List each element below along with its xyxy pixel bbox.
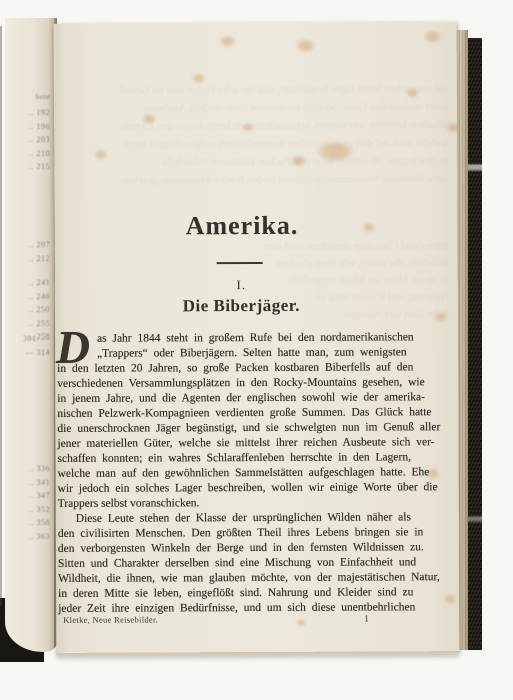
bleedthrough-line: welche man auf den gewöhnlichen Sammelst…: [66, 134, 448, 154]
body-line: welche man auf den gewöhnlichen Sammelst…: [58, 465, 449, 482]
book-cover-edge: [467, 38, 482, 650]
toc-page-number: 301. —: [5, 332, 50, 346]
toc-number-group: .. 207.. 212: [5, 238, 50, 265]
body-line: den verborgensten Winkeln der Berge und …: [58, 540, 449, 557]
toc-number-group: 301. —— 314: [5, 332, 50, 359]
toc-page-number: .. 347: [5, 489, 50, 503]
toc-page-number: .. 203: [5, 133, 50, 147]
body-line: wir jedoch ein solches Lager beschreiben…: [58, 480, 449, 497]
section-divider: [217, 262, 263, 264]
toc-page-number: .. 363: [5, 530, 50, 544]
book-page: die unerschrocknen Jäger begünstigt, und…: [54, 22, 460, 653]
toc-page-number: .. 210: [5, 147, 50, 161]
body-line: in deren Mitte sie leben, eingeflößt sin…: [58, 585, 449, 602]
toc-number-group: .. 192.. 196.. 203.. 210.. 215: [5, 106, 50, 174]
toc-page-number: .. 358: [5, 516, 50, 530]
body-line: „Trappers“ oder Biberjägern. Selten hatt…: [57, 345, 448, 362]
toc-page-number: .. 336: [5, 462, 50, 476]
body-line: in den letzten 20 Jahren, so große Packe…: [57, 360, 448, 377]
bleedthrough-line: in den letzten 20 Jahren, so große Packe…: [66, 152, 448, 172]
toc-seite-label: Seite: [5, 92, 50, 101]
bleedthrough-line: schaffen konnten; ein wahres Schlaraffen…: [66, 116, 448, 136]
foxing-stain: [446, 122, 460, 133]
toc-page-number: .. 215: [5, 160, 50, 174]
bleedthrough-line: verschiedenen Versammlungsplätzen in den…: [66, 170, 448, 190]
bleedthrough-text: die unerschrocknen Jäger begünstigt, und…: [66, 80, 448, 190]
body-line: schaffen konnten; ein wahres Schlaraffen…: [57, 450, 448, 467]
body-line: die unerschrocknen Jäger begünstigt, und…: [57, 420, 448, 437]
toc-page-number: .. 192: [5, 106, 50, 120]
toc-page-number: .. 255: [5, 317, 50, 331]
toc-page-number: .. 196: [5, 120, 50, 134]
body-line: nischen Pelzwerk-Kompagnieen verdienten …: [57, 405, 448, 422]
body-line: as Jahr 1844 steht in großem Rufe bei de…: [57, 330, 448, 347]
body-text: as Jahr 1844 steht in großem Rufe bei de…: [57, 330, 449, 617]
chapter-title: Die Biberjäger.: [40, 295, 443, 317]
toc-page-number: .. 352: [5, 503, 50, 517]
body-line: in jenem Jahre, und die Agenten der engl…: [57, 390, 448, 407]
body-line: den civilisirten Menschen. Den größten T…: [58, 525, 449, 542]
facing-page-edge: Seite .. 192.. 196.. 203.. 210.. 215 .. …: [5, 18, 57, 652]
cover-edge-sliver: [0, 26, 2, 606]
page-title: Amerika.: [40, 210, 443, 242]
body-line: verschiedenen Versammlungsplätzen in den…: [57, 375, 448, 392]
foxing-stain: [296, 39, 316, 53]
body-line: Wildheit, die ihnen, wie man glauben möc…: [58, 570, 449, 587]
toc-page-number: — 314: [5, 346, 50, 360]
toc-number-group: .. 336.. 341.. 347.. 352.. 358.. 363: [5, 462, 50, 543]
page-number: 1: [364, 615, 369, 625]
body-line: Trappers selbst voranschicken.: [58, 495, 449, 512]
chapter-number: I.: [40, 276, 443, 294]
foxing-stain: [424, 30, 442, 43]
toc-page-number: .. 341: [5, 476, 50, 490]
body-line: Sitten und Charakter derselben sind eine…: [58, 555, 449, 572]
foxing-stain: [220, 35, 236, 47]
book-photo: Seite .. 192.. 196.. 203.. 210.. 215 .. …: [0, 0, 513, 700]
foxing-stain: [296, 619, 306, 627]
bleedthrough-line: die unerschrocknen Jäger begünstigt, und…: [66, 80, 448, 100]
footer-signature: Kletke, Neue Reisebilder.: [63, 614, 158, 624]
body-line: jener materiellen Güter, welche sie mitt…: [57, 435, 448, 452]
toc-page-number: .. 212: [5, 252, 50, 266]
bleedthrough-line: Wildheit, die ihnen, wie man glauben: [227, 255, 449, 273]
body-line: Diese Leute stehen der Klasse der ursprü…: [58, 510, 449, 527]
bleedthrough-line: jener materiellen Güter, welche sie mitt…: [66, 98, 448, 118]
